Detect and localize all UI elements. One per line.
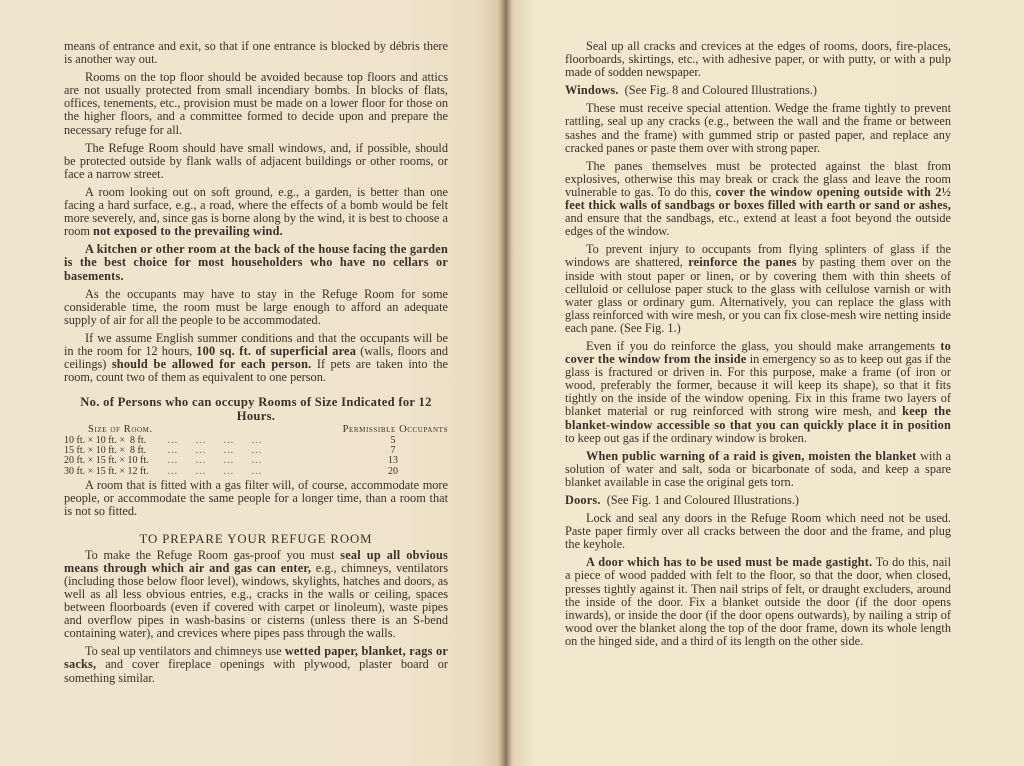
- left-page-text: means of entrance and exit, so that if o…: [64, 40, 448, 690]
- paragraph: The Refuge Room should have small window…: [64, 142, 448, 181]
- column-header-occupants: Permissible Occupants: [278, 425, 448, 435]
- paragraph: To prevent injury to occupants from flyi…: [565, 243, 951, 335]
- paragraph: When public warning of a raid is given, …: [565, 450, 951, 489]
- paragraph: A room that is fitted with a gas filter …: [64, 479, 448, 518]
- permissible-occupants: 5: [278, 436, 448, 446]
- section-heading: TO PREPARE YOUR REFUGE ROOM: [64, 533, 448, 546]
- table-row: 30 ft. × 15 ft. × 12 ft.... ... ... ...2…: [64, 467, 448, 477]
- permissible-occupants: 13: [278, 456, 448, 466]
- right-page-text: Seal up all cracks and crevices at the e…: [565, 40, 951, 653]
- permissible-occupants: 7: [278, 446, 448, 456]
- right-page: Seal up all cracks and crevices at the e…: [505, 0, 1024, 766]
- paragraph-bold: A kitchen or other room at the back of t…: [64, 243, 448, 282]
- book-spread: means of entrance and exit, so that if o…: [0, 0, 1024, 766]
- paragraph: Seal up all cracks and crevices at the e…: [565, 40, 951, 79]
- table-title: No. of Persons who can occupy Rooms of S…: [64, 396, 448, 423]
- paragraph: A door which has to be used must be made…: [565, 556, 951, 648]
- permissible-occupants: 20: [278, 467, 448, 477]
- paragraph: These must receive special attention. We…: [565, 102, 951, 154]
- paragraph: means of entrance and exit, so that if o…: [64, 40, 448, 66]
- windows-heading: Windows.(See Fig. 8 and Coloured Illustr…: [565, 84, 951, 97]
- occupancy-table: Size of Room. Permissible Occupants 10 f…: [64, 425, 448, 477]
- leader-dots: ... ... ... ...: [168, 467, 278, 477]
- paragraph: If we assume English summer conditions a…: [64, 332, 448, 384]
- paragraph: To make the Refuge Room gas-proof you mu…: [64, 549, 448, 641]
- doors-heading: Doors.(See Fig. 1 and Coloured Illustrat…: [565, 494, 951, 507]
- room-size: 30 ft. × 15 ft. × 12 ft.: [64, 467, 168, 477]
- paragraph: Even if you do reinforce the glass, you …: [565, 340, 951, 445]
- left-page: means of entrance and exit, so that if o…: [0, 0, 505, 766]
- paragraph: A room looking out on soft ground, e.g.,…: [64, 186, 448, 238]
- paragraph: As the occupants may have to stay in the…: [64, 288, 448, 327]
- paragraph: Rooms on the top floor should be avoided…: [64, 71, 448, 136]
- paragraph: The panes themselves must be protected a…: [565, 160, 951, 239]
- paragraph: Lock and seal any doors in the Refuge Ro…: [565, 512, 951, 551]
- paragraph: To seal up ventilators and chimneys use …: [64, 645, 448, 684]
